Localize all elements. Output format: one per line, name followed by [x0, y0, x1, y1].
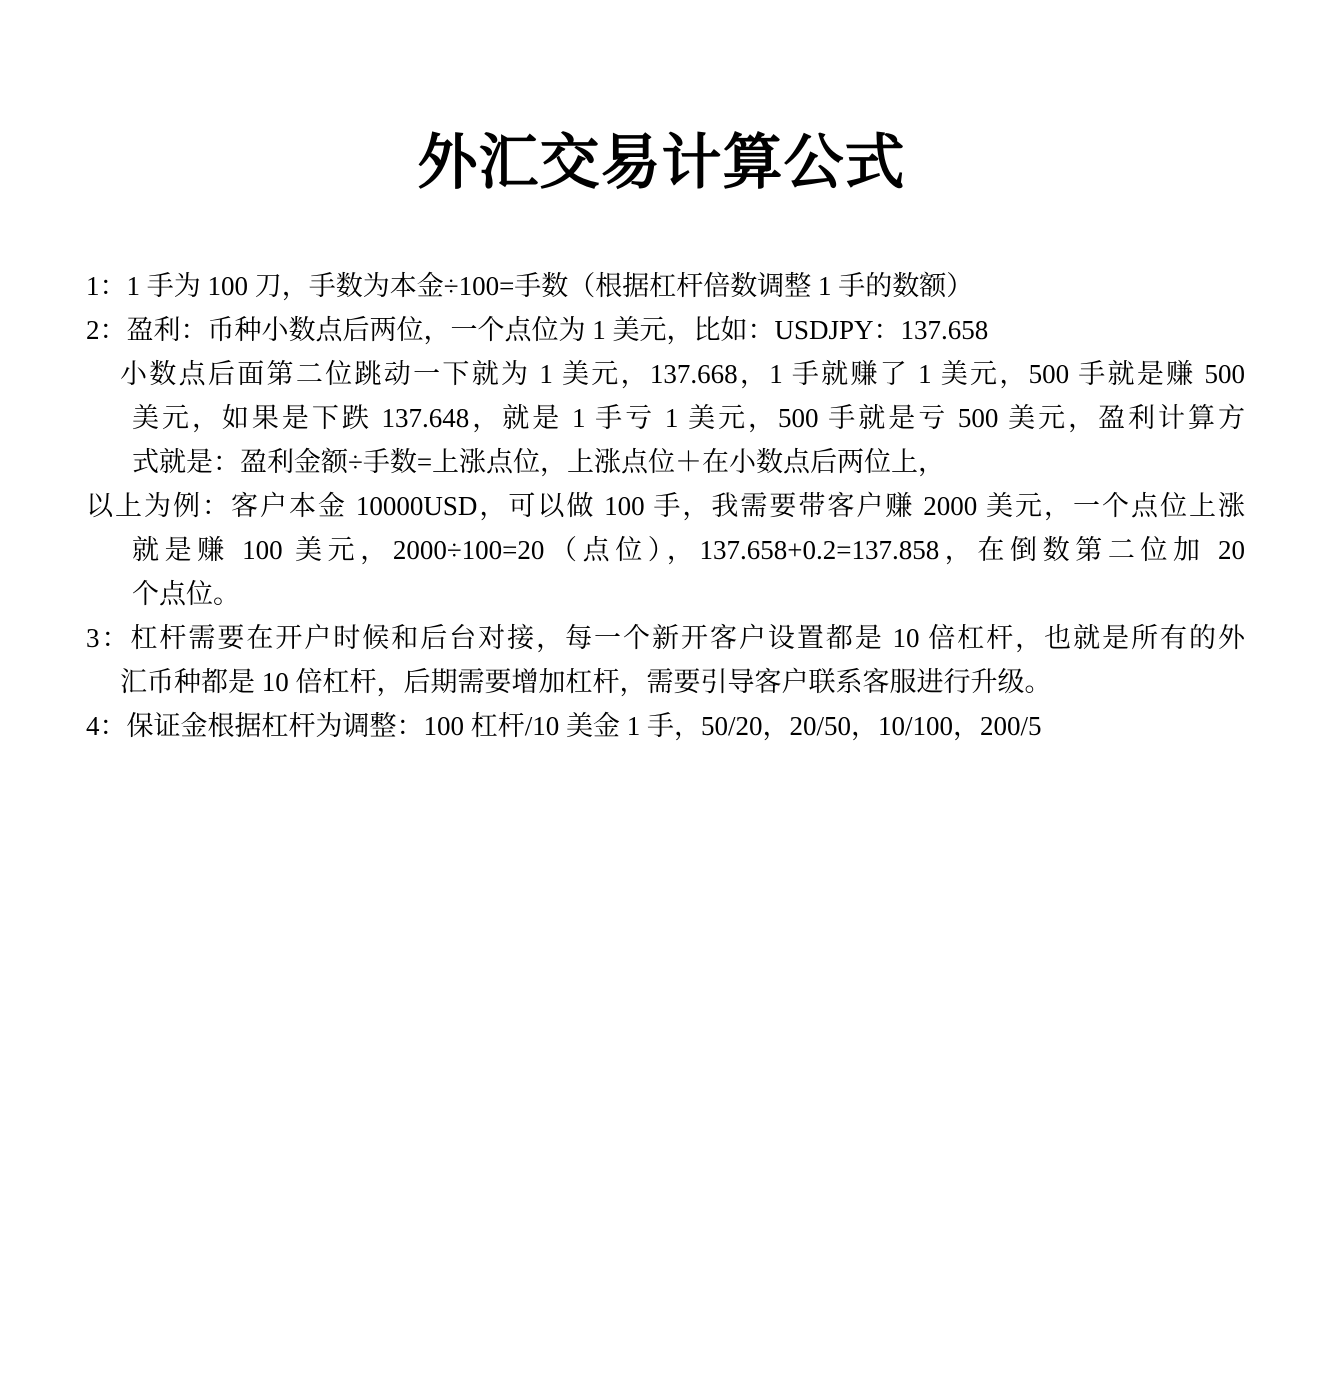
- doc-line: 2：盈利：币种小数点后两位，一个点位为 1 美元，比如：USDJPY：137.6…: [86, 308, 1245, 352]
- doc-line: 3：杠杆需要在开户时候和后台对接，每一个新开客户设置都是 10 倍杠杆，也就是所…: [86, 616, 1245, 660]
- doc-line: 美元，如果是下跌 137.648，就是 1 手亏 1 美元，500 手就是亏 5…: [86, 396, 1245, 440]
- doc-title: 外汇交易计算公式: [0, 124, 1323, 202]
- doc-line: 以上为例：客户本金 10000USD，可以做 100 手，我需要带客户赚 200…: [86, 484, 1245, 528]
- doc-line: 4：保证金根据杠杆为调整：100 杠杆/10 美金 1 手，50/20，20/5…: [86, 704, 1245, 748]
- doc-line: 就是赚 100 美元，2000÷100=20（点位），137.658+0.2=1…: [86, 528, 1245, 572]
- doc-line: 1：1 手为 100 刀，手数为本金÷100=手数（根据杠杆倍数调整 1 手的数…: [86, 264, 1245, 308]
- doc-line: 式就是：盈利金额÷手数=上涨点位，上涨点位＋在小数点后两位上，: [86, 440, 1245, 484]
- doc-line: 小数点后面第二位跳动一下就为 1 美元，137.668，1 手就赚了 1 美元，…: [86, 352, 1245, 396]
- doc-line: 个点位。: [86, 572, 1245, 616]
- document-page: 外汇交易计算公式 1：1 手为 100 刀，手数为本金÷100=手数（根据杠杆倍…: [0, 0, 1323, 1386]
- doc-line: 汇币种都是 10 倍杠杆，后期需要增加杠杆，需要引导客户联系客服进行升级。: [86, 660, 1245, 704]
- doc-body: 1：1 手为 100 刀，手数为本金÷100=手数（根据杠杆倍数调整 1 手的数…: [86, 264, 1245, 748]
